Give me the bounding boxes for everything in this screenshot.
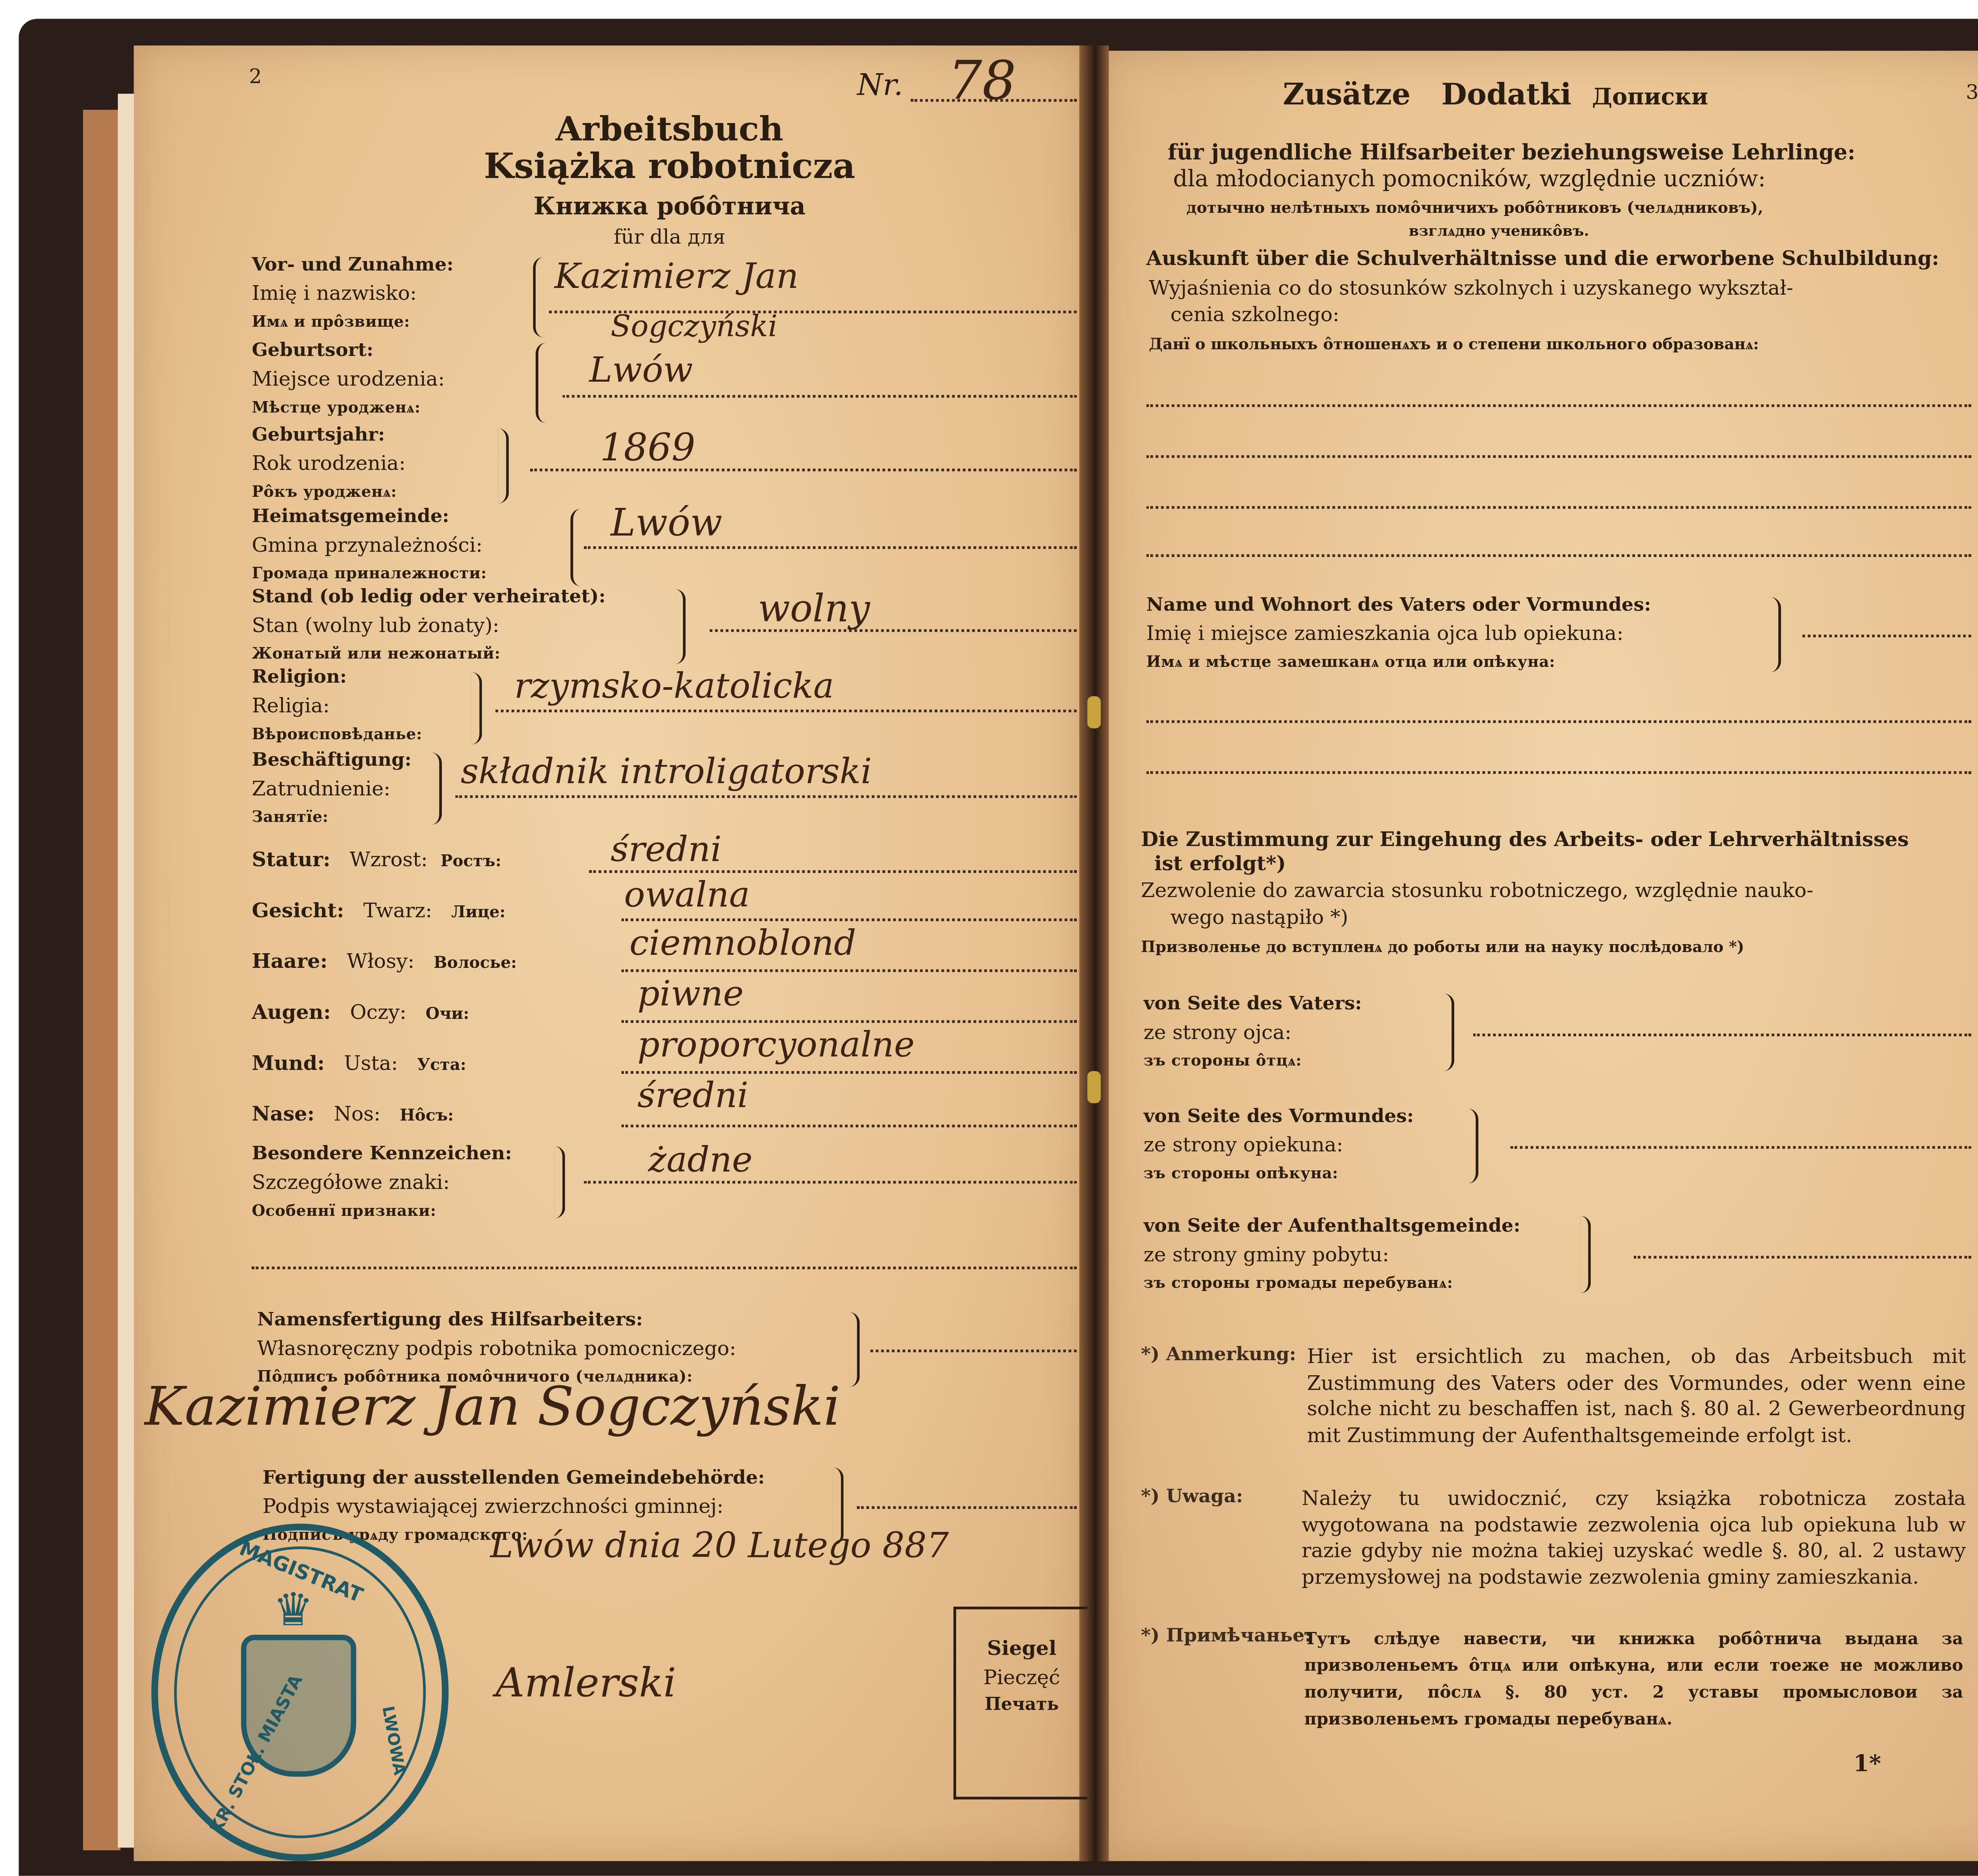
stature-value: średni [611, 830, 722, 871]
fill-line [870, 1350, 1076, 1352]
page-number: 2 [249, 64, 262, 88]
special-marks-value: żadne [648, 1141, 752, 1181]
fill-line [1802, 634, 1971, 637]
fill-line [1146, 554, 1971, 557]
fill-line [621, 918, 1077, 921]
desc-mouth: Mund: Usta: Уста: [252, 1050, 466, 1079]
religion-value: rzymsko-katolicka [514, 667, 834, 707]
book-spine [1079, 45, 1108, 1861]
birth-year-value: 1869 [600, 426, 695, 470]
number-label: Nr. [857, 70, 903, 103]
note-pl-label: *) Uwaga: [1141, 1486, 1243, 1507]
consent-guardian: von Seite des Vormundes: ze strony opiek… [1144, 1103, 1414, 1187]
fill-line [621, 1020, 1077, 1023]
brace [849, 1312, 860, 1387]
eyes-value: piwne [637, 975, 744, 1015]
issue-date-value: Lwów dnia 20 Lutego 887 [490, 1526, 949, 1567]
section-title: Zusätze Dodatki Дописки [1283, 78, 1708, 112]
note-pl-text: Należy tu uwidocznić, czy książka robotn… [1302, 1486, 1966, 1590]
consent-de-2: ist erfolgt*) [1154, 852, 1286, 876]
fill-line [1146, 455, 1971, 458]
occupation-value: składnik introligatorski [460, 752, 872, 793]
brace [1444, 994, 1454, 1071]
fill-line [584, 1181, 1077, 1184]
brace [1770, 597, 1781, 672]
fill-line [584, 546, 1077, 549]
fill-line [1634, 1256, 1971, 1259]
fill-line [495, 710, 1076, 712]
subtitle-de: für jugendliche Hilfsarbeiter beziehungs… [1168, 139, 1855, 165]
subtitle-ru-2: взглѧдно ученикôвъ. [1409, 222, 1589, 240]
subtitle-pl: dla młodocianych pomocników, względnie u… [1173, 166, 1766, 193]
field-special-marks: Besondere Kennzeichen: Szczegółowe znaki… [252, 1141, 512, 1225]
brace [675, 589, 686, 664]
fill-line [857, 1506, 1076, 1509]
field-name: Vor- und Zunahme: Imię i nazwisko: Имѧ и… [252, 252, 453, 336]
home-municipality-value: Lwów [611, 501, 722, 545]
subtitle-ru: дотычно нелѣтныхъ помôчничихъ робôтников… [1186, 198, 1763, 217]
school-pl-2: cenia szkolnego: [1170, 303, 1339, 327]
brace [1580, 1216, 1591, 1293]
school-ru: Данї о школьныхъ ôтношенѧхъ и о степени … [1149, 335, 1759, 353]
note-ru-label: *) Примѣчанье: [1141, 1625, 1311, 1647]
fill-line [589, 870, 1076, 873]
fill-line [621, 969, 1077, 972]
school-pl: Wyjaśnienia co do stosunków szkolnych i … [1149, 276, 1793, 300]
father-field: Name und Wohnort des Vaters oder Vormund… [1146, 592, 1651, 676]
page-number: 3 [1966, 80, 1978, 104]
brace [533, 257, 544, 337]
marital-status-value: wolny [758, 587, 870, 631]
title-de: Arbeitsbuch [402, 110, 938, 149]
book-spread: 2 Nr. 78 Arbeitsbuch Książka robotnicza … [0, 0, 1978, 1876]
note-de-label: *) Anmerkung: [1141, 1344, 1296, 1366]
worker-signature-value: Kazimierz Jan Sogczyński [145, 1376, 841, 1438]
birthplace-value: Lwów [589, 351, 693, 391]
desc-face: Gesicht: Twarz: Лице: [252, 897, 505, 926]
fill-line [1146, 720, 1971, 723]
brace [570, 509, 581, 586]
crown-icon: ♛ [254, 1586, 332, 1635]
consent-municipality: von Seite der Aufenthaltsgemeinde: ze st… [1144, 1213, 1520, 1297]
endpaper [83, 110, 121, 1851]
brace [498, 428, 509, 504]
consent-father: von Seite des Vaters: ze strony ojca: зъ… [1144, 991, 1362, 1075]
fill-line [1146, 771, 1971, 774]
signature-mark: 1* [1853, 1751, 1881, 1778]
desc-stature: Statur: Wzrost: Ростъ: [252, 846, 600, 875]
brace [536, 343, 546, 423]
binding-stitch [1088, 696, 1101, 728]
face-value: owalna [624, 876, 750, 916]
desc-nose: Nase: Nos: Нôсъ: [252, 1100, 454, 1130]
field-marital-status: Stand (ob ledig oder verheiratet): Stan … [252, 584, 606, 668]
note-de-text: Hier ist ersichtlich zu machen, ob das A… [1307, 1344, 1966, 1449]
fill-line [455, 795, 1077, 798]
desc-hair: Haare: Włosy: Волосье: [252, 948, 517, 977]
title-ru: Книжка робôтнича [402, 193, 938, 221]
fill-line [1510, 1146, 1971, 1149]
desc-eyes: Augen: Oczy: Очи: [252, 999, 469, 1028]
fill-line [1473, 1034, 1971, 1036]
fill-line [1146, 506, 1971, 509]
number-value: 78 [948, 51, 1016, 113]
fill-line [563, 395, 1077, 398]
fill-line [621, 1124, 1077, 1127]
nose-value: średni [637, 1077, 748, 1117]
field-home-municipality: Heimatsgemeinde: Gmina przynależności: Г… [252, 504, 487, 588]
brace [1468, 1109, 1478, 1184]
fill-line [621, 1071, 1077, 1074]
surname-value: Sogczyński [611, 310, 778, 344]
consent-pl: Zezwolenie do zawarcia stosunku robotnic… [1141, 878, 1813, 903]
school-de: Auskunft über die Schulverhältnisse und … [1146, 246, 1939, 271]
field-birth-year: Geburtsjahr: Rok urodzenia: Рôкъ уроджен… [252, 422, 405, 506]
hair-value: ciemnoblond [629, 924, 856, 964]
consent-pl-2: wego nastąpiło *) [1170, 905, 1348, 929]
seal-box: Siegel Pieczęć Печать [953, 1607, 1088, 1799]
title-pl: Książka robotnicza [402, 147, 938, 187]
binding-stitch [1088, 1071, 1101, 1103]
name-value: Kazimierz Jan [554, 257, 798, 297]
consent-ru: Призволенье до вступленѧ до роботы или н… [1141, 937, 1744, 956]
official-signature: Amlerski [495, 1660, 676, 1707]
brace [554, 1146, 565, 1219]
fill-line [1146, 404, 1971, 407]
brace [431, 752, 442, 825]
field-birthplace: Geburtsort: Miejsce urodzenia: Мѣстце ур… [252, 337, 445, 422]
consent-de: Die Zustimmung zur Eingehung des Arbeits… [1141, 827, 1909, 852]
magistrate-stamp: MAGISTRAT KR. STOŁ. MIASTA LWOWA ♛ [152, 1524, 449, 1861]
note-ru-text: Тутъ слѣдуе навести, чи книжка робôтнича… [1304, 1625, 1963, 1732]
mouth-value: proporcyonalne [637, 1026, 915, 1066]
fill-line [252, 1266, 1076, 1269]
field-occupation: Beschäftigung: Zatrudnienie: Занятїе: [252, 747, 411, 831]
field-religion: Religion: Religia: Вѣроисповѣданье: [252, 664, 422, 748]
coat-of-arms-icon [241, 1635, 356, 1777]
for-line: für dla для [402, 225, 938, 249]
brace [472, 672, 482, 744]
